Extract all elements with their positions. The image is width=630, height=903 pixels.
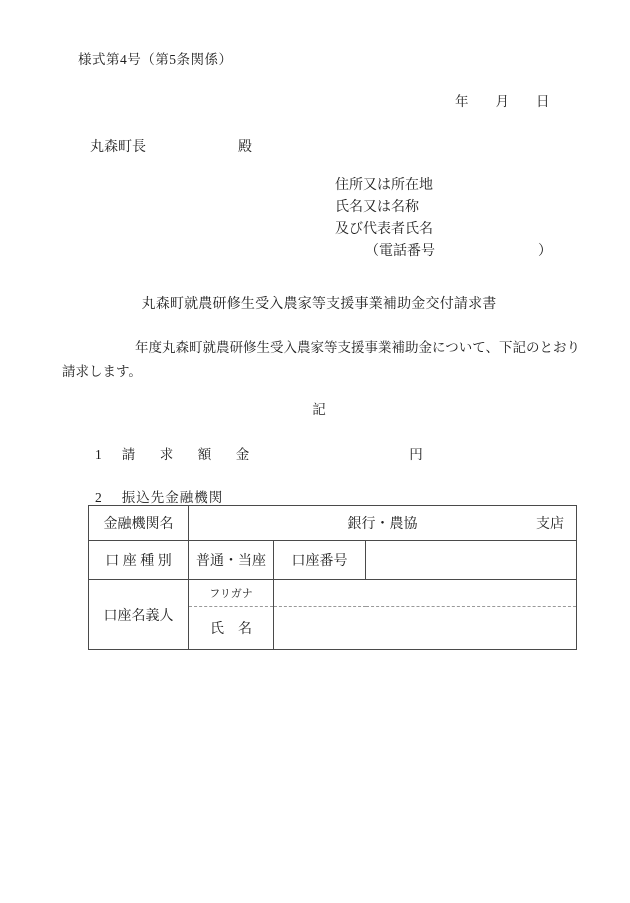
item-2-number: 2 bbox=[95, 490, 102, 505]
bank-table: 金融機関名 銀行・農協 支店 口 座 種 別 普通・当座 口座番号 口座名義人 … bbox=[88, 505, 577, 650]
holder-name-label-cell: 氏 名 bbox=[189, 607, 274, 650]
document-page: 様式第4号（第5条関係） 年 月 日 丸森町長殿 住所又は所在地 氏名又は名称 … bbox=[0, 0, 630, 903]
institution-label-cell: 金融機関名 bbox=[89, 506, 189, 541]
institution-value-cell: 銀行・農協 支店 bbox=[189, 506, 577, 541]
sender-block: 住所又は所在地 氏名又は名称 及び代表者氏名 （電話番号） bbox=[335, 175, 552, 263]
table-row-furigana: 口座名義人 フリガナ bbox=[89, 580, 577, 607]
sender-phone-line: （電話番号） bbox=[365, 241, 552, 263]
addressee-honorific: 殿 bbox=[238, 140, 252, 155]
institution-options-text: 銀行・農協 bbox=[348, 517, 418, 532]
body-line-1-text: 年度丸森町就農研修生受入農家等支援事業補助金について、下記のとおり bbox=[135, 340, 580, 355]
account-number-value-cell bbox=[366, 541, 577, 580]
account-type-label-cell: 口 座 種 別 bbox=[89, 541, 189, 580]
amount-prefix: 金 bbox=[236, 447, 250, 462]
date-line: 年 月 日 bbox=[455, 90, 550, 110]
section-marker-ki: 記 bbox=[62, 398, 576, 418]
account-number-label-cell: 口座番号 bbox=[274, 541, 366, 580]
item-1-number: 1 bbox=[95, 447, 102, 463]
table-row-account-type: 口 座 種 別 普通・当座 口座番号 bbox=[89, 541, 577, 580]
item-2-line: 2振込先金融機関 bbox=[95, 486, 223, 506]
phone-label-close: ） bbox=[538, 244, 552, 259]
item-1-label: 請求額 bbox=[122, 447, 236, 462]
addressee-line: 丸森町長殿 bbox=[90, 136, 252, 156]
furigana-label-cell: フリガナ bbox=[189, 580, 274, 607]
holder-name-value-cell bbox=[274, 607, 577, 650]
body-line-2: 請求します。 bbox=[62, 360, 576, 384]
item-1-line: 1請求額金円 bbox=[95, 443, 423, 463]
branch-label: 支店 bbox=[536, 513, 564, 533]
amount-suffix: 円 bbox=[409, 447, 423, 462]
phone-label-open: （電話番号 bbox=[365, 244, 435, 259]
holder-label-cell: 口座名義人 bbox=[89, 580, 189, 650]
sender-representative-label: 及び代表者氏名 bbox=[335, 219, 552, 241]
account-type-options-cell: 普通・当座 bbox=[189, 541, 274, 580]
form-number: 様式第4号（第5条関係） bbox=[78, 48, 233, 68]
table-row-institution: 金融機関名 銀行・農協 支店 bbox=[89, 506, 577, 541]
addressee-name: 丸森町長 bbox=[90, 140, 146, 155]
item-2-label: 振込先金融機関 bbox=[122, 490, 224, 505]
sender-name-label: 氏名又は名称 bbox=[335, 197, 552, 219]
furigana-value-cell bbox=[274, 580, 577, 607]
document-title: 丸森町就農研修生受入農家等支援事業補助金交付請求書 bbox=[62, 293, 576, 313]
sender-address-label: 住所又は所在地 bbox=[335, 175, 552, 197]
body-paragraph: 年度丸森町就農研修生受入農家等支援事業補助金について、下記のとおり 請求します。 bbox=[62, 336, 576, 384]
body-line-1: 年度丸森町就農研修生受入農家等支援事業補助金について、下記のとおり bbox=[62, 336, 576, 360]
